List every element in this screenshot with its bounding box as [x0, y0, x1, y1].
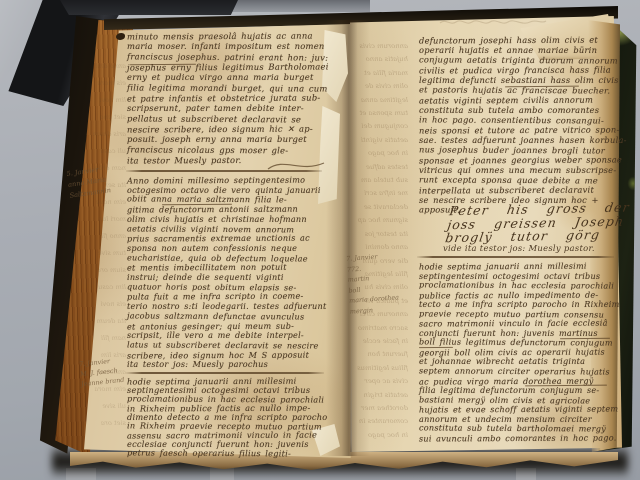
entry-divider [126, 170, 322, 172]
entry-divider [417, 256, 614, 258]
margin-note-marriage-left: 7. JanvierM. J. faeschJeanne brand [79, 355, 125, 389]
entry-divider [126, 372, 324, 374]
manuscript-photo: anno dmieis moralim novisiet anoaris deu… [0, 0, 640, 480]
bleedthrough-text-right: annorum civishujatis annomaria filia eto… [344, 40, 408, 442]
left-page-entry-1: minuto mensis praesolâ hujatis ac annama… [127, 31, 329, 165]
left-page-entry-3: hodie septima januarii anni millesimisep… [127, 377, 327, 458]
right-page-entry-2: hodie septima januarii anni millesimisep… [419, 262, 620, 443]
attestation-line: vide ita testor jos: Muesly pastor. [443, 243, 595, 253]
margin-note-marriage-right: 7. Janvier772.martinbollmaria dorotheame… [346, 250, 400, 316]
divider-flourish [266, 159, 326, 173]
book-clamp-bar [60, 0, 238, 15]
margin-note-burial: 5. Janvieranna MariaSaltzmannin [66, 163, 112, 201]
left-page-entry-2: Anno domini millesimo septingentesimooct… [127, 176, 326, 370]
right-page-entry-1: defunctorum josephi hass olim civis etop… [419, 35, 627, 215]
witness-signatures: Peter his gross der Johannesjoss greisse… [444, 198, 640, 245]
